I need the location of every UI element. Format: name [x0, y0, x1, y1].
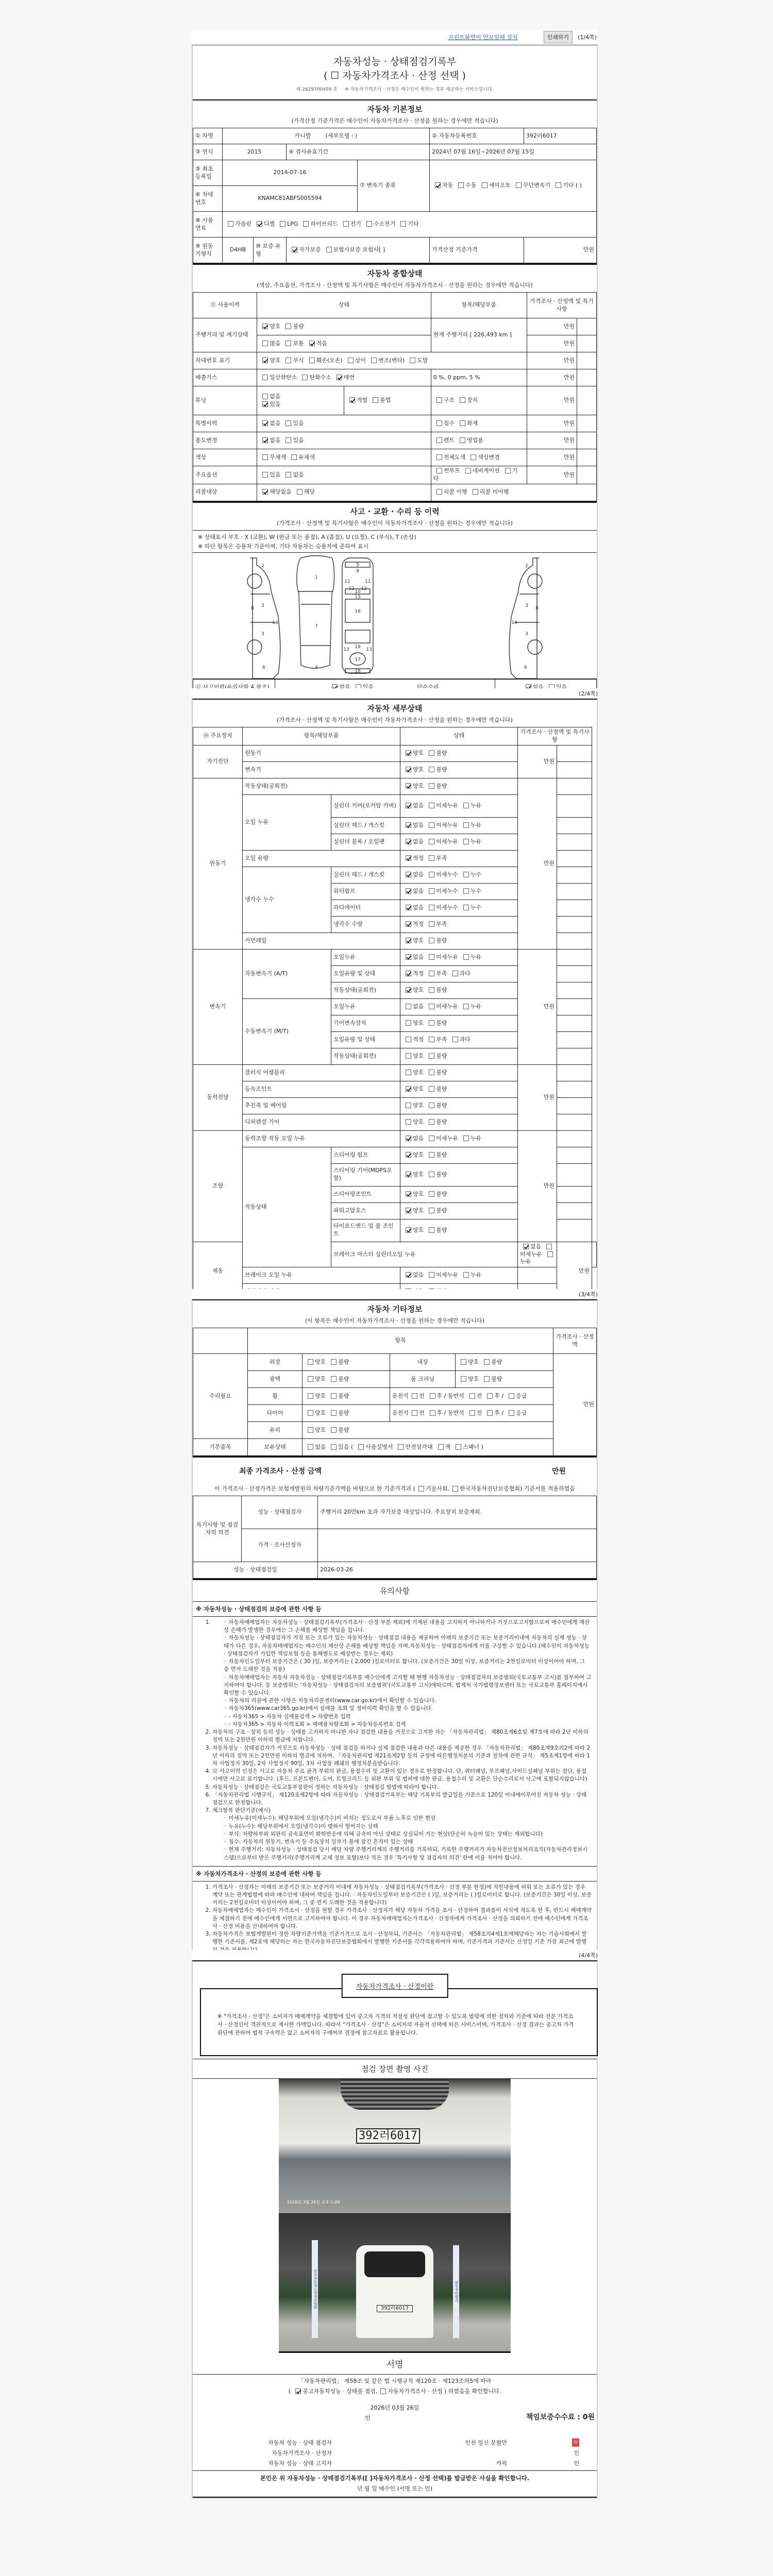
checkbox[interactable] — [436, 397, 442, 403]
page-3: (3/4쪽) 자동차 기타정보 (이 항목은 매수인이 자동차가격조사 · 산정… — [192, 1289, 598, 1967]
checkbox[interactable] — [297, 489, 303, 495]
option-label: 사용설명서 — [365, 1444, 393, 1450]
checkbox[interactable] — [406, 938, 411, 943]
checkbox[interactable] — [461, 1359, 466, 1365]
option-label: 안전삼각대 — [405, 1444, 432, 1450]
basic-info-subtitle: (가격산정 기준가격은 매수인이 자동차가격조사 · 산정을 원하는 경우에만 … — [193, 115, 597, 128]
option-label: 없음 — [413, 1135, 424, 1142]
cell-text: 오일누유 — [333, 954, 356, 960]
cell-text: 자동변속기 (A/T) — [245, 970, 288, 977]
cell-text: 광택 — [270, 1376, 280, 1382]
cell-text: 작동상태(공회전) — [245, 783, 288, 789]
checkbox[interactable] — [349, 397, 355, 403]
cell-text: 외장 — [270, 1359, 280, 1365]
option-label: 불량 — [491, 1359, 502, 1365]
checkbox[interactable] — [463, 888, 469, 894]
note-item: - 자동차365 > 자동차 실매물검색 > 차량번호 입력 — [224, 1713, 592, 1721]
price-info-section: 자동차가격조사 · 산정이란 ※ "가격조사 · 산정"은 소비자가 매매계약을… — [193, 1961, 597, 2059]
signature-role-row: 자동차 성능 · 상태 고지자 카픽 인 — [193, 2458, 597, 2468]
checkbox[interactable] — [484, 1376, 490, 1382]
checkbox[interactable] — [406, 1208, 411, 1213]
warranty-fee: 책임보증수수료 : 0원 — [526, 2412, 595, 2422]
checkbox[interactable] — [373, 397, 378, 403]
checkbox[interactable] — [460, 437, 465, 443]
checkbox[interactable] — [406, 1272, 411, 1278]
role-label: 자동차 성능 · 상태 점검자 — [193, 2438, 337, 2447]
checkbox[interactable] — [429, 855, 434, 861]
page-indicator-3: (3/4쪽) — [192, 1289, 598, 1299]
checkbox[interactable] — [358, 1444, 364, 1450]
option-label: 전체도색 — [444, 454, 466, 461]
cell-text: 추진축 및 베어링 — [245, 1102, 287, 1109]
option-label: 많음 — [270, 340, 280, 347]
checkbox[interactable] — [406, 1103, 411, 1108]
checkbox[interactable] — [309, 358, 315, 363]
checkbox[interactable] — [331, 1410, 337, 1416]
option-label: 양호 — [413, 1102, 424, 1109]
svg-text:14: 14 — [511, 620, 517, 625]
checkbox[interactable] — [406, 1020, 411, 1026]
svg-text:13: 13 — [366, 647, 372, 652]
option-label: 없음 — [293, 471, 304, 478]
checkbox[interactable] — [458, 182, 464, 188]
checkbox[interactable] — [406, 855, 411, 861]
checkbox[interactable] — [473, 489, 478, 495]
checkbox[interactable] — [429, 1103, 434, 1108]
other-info-subtitle: (이 항목은 매수인이 자동차가격조사 · 산정을 원하는 경우에만 적습니다) — [193, 1315, 597, 1328]
role-seal: 인 — [507, 2459, 579, 2467]
device-group: 제동 — [212, 1267, 223, 1274]
option-label: 미세누수 — [436, 888, 458, 894]
cell-text: 파워고압호스 — [333, 1207, 366, 1214]
print-setup-link[interactable]: 프린트화면이 안보일때 설치 — [448, 33, 518, 41]
option-label: 과다 — [460, 1036, 470, 1043]
cell-text: 보유상태 — [264, 1444, 286, 1450]
checkbox[interactable] — [469, 1410, 475, 1416]
checkbox[interactable] — [429, 803, 434, 808]
checkbox[interactable] — [429, 1119, 434, 1125]
checkbox[interactable] — [463, 839, 469, 844]
document-subtitle: ( ☐ 자동차가격조사 · 산정 선택 ) — [193, 69, 597, 83]
checkbox[interactable] — [429, 888, 434, 894]
checkbox[interactable] — [429, 905, 434, 910]
checkbox[interactable] — [546, 1244, 552, 1249]
cell-text: 만원 — [564, 340, 575, 347]
checkbox[interactable] — [406, 1070, 411, 1075]
svg-text:3: 3 — [525, 603, 528, 608]
checkbox[interactable] — [463, 872, 469, 877]
checkbox[interactable] — [418, 1486, 424, 1492]
checkbox[interactable] — [429, 1227, 434, 1233]
checkbox[interactable] — [484, 1359, 490, 1365]
checkbox[interactable] — [429, 1172, 434, 1177]
option-label: 불량 — [436, 1053, 447, 1059]
svg-text:16: 16 — [355, 609, 361, 614]
checkbox[interactable] — [406, 1191, 411, 1197]
lift-sign-right: 블루진단평가 — [453, 2245, 459, 2338]
option-label: 양호 — [413, 1171, 424, 1178]
option-label: 없음 — [413, 822, 424, 828]
option-label: 세미오토 — [489, 182, 511, 189]
checkbox[interactable] — [331, 1444, 337, 1450]
checkbox-price-check[interactable] — [380, 2388, 386, 2394]
cell-text: ⑩ 보증 유형 — [256, 243, 281, 257]
option-label: 있음 — [293, 420, 304, 427]
checkbox[interactable] — [262, 437, 268, 443]
notes-section-1-title: ※ 자동차성능 · 상태점검의 보증에 관한 사항 등 — [193, 1602, 597, 1617]
checkbox[interactable] — [406, 1227, 411, 1233]
option-label: 자가보증 — [299, 246, 321, 253]
checkbox[interactable] — [429, 938, 434, 943]
option-label: 스패너 ) — [463, 1444, 483, 1450]
option-label: 누수 — [470, 871, 481, 878]
cell-text: 유리 — [270, 1427, 280, 1433]
cell-text: 배출가스 — [195, 374, 217, 381]
checkbox[interactable] — [406, 1136, 411, 1141]
checkbox[interactable] — [331, 1427, 337, 1433]
checkbox[interactable] — [429, 872, 434, 877]
checkbox[interactable] — [262, 401, 268, 407]
checkbox[interactable] — [412, 1410, 417, 1416]
checkbox[interactable] — [262, 420, 268, 426]
note-item: 미세누유(미세누수): 해당부위에 오일(냉각수)이 비치는 정도로서 부품 노… — [224, 1815, 592, 1822]
note-item: 체크항목 판단기준(예시)미세누유(미세누수): 해당부위에 오일(냉각수)이 … — [212, 1807, 592, 1862]
note-item: 자동차성능 · 상태점검은 국토교통부장관이 정하는 자동차성능 · 상태점검 … — [212, 1784, 592, 1791]
cell-text: (세부모델 : ) — [326, 132, 358, 139]
signature-role-row: 자동차가격조사 · 산정자 인 — [193, 2448, 597, 2458]
cell-text: 냉각수 수량 — [333, 921, 363, 927]
svg-text:14: 14 — [272, 620, 278, 625]
checkbox[interactable] — [371, 358, 377, 363]
option-label: 응급 — [516, 1410, 527, 1416]
checkbox[interactable] — [460, 397, 465, 403]
checkbox[interactable] — [436, 454, 442, 460]
checkbox[interactable] — [406, 1053, 411, 1059]
checkbox[interactable] — [406, 987, 411, 993]
checkbox[interactable] — [285, 358, 291, 363]
inspector-opinion: 주행거리 20만km 초과 자가보증 대상입니다. 주요장치 보증제외. — [320, 1509, 482, 1515]
checkbox[interactable] — [509, 1393, 514, 1399]
checkbox[interactable] — [505, 468, 511, 473]
checkbox[interactable] — [262, 472, 268, 478]
checkbox[interactable] — [436, 468, 442, 473]
checkbox[interactable] — [406, 839, 411, 844]
checkbox[interactable] — [308, 1444, 313, 1450]
checkbox[interactable] — [262, 454, 268, 460]
checkbox[interactable] — [406, 971, 411, 976]
checkbox[interactable] — [429, 1086, 434, 1092]
checkbox[interactable] — [463, 954, 469, 960]
checkbox[interactable] — [406, 1086, 411, 1092]
overall-status-table: ⑪ 사용이력상태항목/해당부품가격조사 · 산정액 및 특기사항 주행거리 및 … — [193, 292, 597, 501]
cell-text: 차대번호 표기 — [195, 357, 230, 364]
checkbox[interactable] — [429, 1152, 434, 1158]
option-label: 불량 — [338, 1393, 349, 1399]
checkbox[interactable] — [429, 1272, 434, 1278]
checkbox[interactable] — [410, 358, 415, 363]
checkbox[interactable] — [429, 1004, 434, 1009]
checkbox[interactable] — [406, 803, 411, 808]
buyer-confirmation: 본인은 위 자동차성능 · 상태점검기록부([ ]자동차가격조사 · 산정 선택… — [193, 2470, 597, 2498]
checkbox[interactable] — [463, 1136, 469, 1141]
checkbox[interactable] — [337, 375, 342, 380]
checkbox[interactable] — [429, 971, 434, 976]
page-4: (4/4쪽) 자동차가격조사 · 산정이란 ※ "가격조사 · 산정"은 소비자… — [192, 1950, 598, 2499]
other-info-table: 항목가격조사 · 산정액 수리필요외장양호불량내장양호불량만원 광택양호불량룸 … — [193, 1328, 597, 1456]
checkbox[interactable] — [429, 839, 434, 844]
checkbox[interactable] — [452, 971, 458, 976]
checkbox[interactable] — [343, 221, 349, 227]
option-label: 없음 — [413, 838, 424, 845]
checkbox[interactable] — [406, 954, 411, 960]
cell-text: ⑨ 원동 기형식 — [195, 243, 213, 257]
cell-text: 커먼레일 — [245, 937, 267, 944]
svg-text:6: 6 — [524, 665, 527, 670]
option-label: 부족 — [436, 855, 447, 861]
note-item: ⑫ 사고이력 인정은 사고로 자동차 주요 골격 부위의 판금, 용접수리 및 … — [212, 1768, 592, 1783]
opinion-table: 특기사항 및 점검자의 의견성능 · 상태점검자주행거리 20만km 초과 자가… — [193, 1496, 597, 1579]
checkbox[interactable] — [406, 905, 411, 910]
basic-info-table: ① 차명카니발 (세부모델 : )② 자동차등록번호392러6017 ③ 연식2… — [193, 128, 597, 263]
checkbox[interactable] — [406, 1152, 411, 1158]
checkbox[interactable] — [436, 489, 442, 495]
checkbox[interactable] — [285, 420, 291, 426]
checkbox[interactable] — [262, 489, 268, 495]
checkbox[interactable] — [463, 1272, 469, 1278]
checkbox[interactable] — [348, 358, 354, 363]
checkbox[interactable] — [262, 324, 268, 329]
checkbox[interactable] — [429, 1208, 434, 1213]
checkbox[interactable] — [326, 247, 332, 252]
document-title: 자동차성능 · 상태점검기록부 — [193, 55, 597, 69]
cell-text: ⑥ 차대 번호 — [195, 191, 213, 206]
checkbox[interactable] — [429, 750, 434, 756]
checkbox[interactable] — [308, 1393, 313, 1399]
final-price-row: 최종 가격조사 · 산정 금액 만원 — [193, 1458, 597, 1484]
cell-text: 오일유량 및 상태 — [333, 970, 375, 977]
option-label: 없음 — [413, 871, 424, 878]
cell-text: 작동상태(공회전) — [333, 987, 376, 993]
checkbox[interactable] — [262, 394, 268, 399]
confirm-b: 자동차가격조사 · 산정 ) 하였음을 확인합니다. — [388, 2388, 501, 2395]
checkbox[interactable] — [262, 341, 268, 346]
role-name: 인천 일신 문팔만 — [337, 2438, 507, 2447]
checkbox[interactable] — [303, 221, 309, 227]
signature-date: 2026년 03월 26일 — [193, 2395, 597, 2414]
option-label: 불량 — [436, 1020, 447, 1026]
checkbox[interactable] — [406, 750, 411, 756]
print-button[interactable]: 인쇄하기 — [544, 31, 573, 43]
option-label: 양호 — [270, 323, 280, 330]
option-label: 기타 — [408, 221, 418, 227]
checkbox[interactable] — [228, 221, 233, 227]
option-label: 없음 — [530, 1243, 541, 1250]
checkbox[interactable] — [429, 954, 434, 960]
checkbox[interactable] — [430, 1393, 435, 1399]
option-label: 누유 — [470, 802, 481, 809]
checkbox[interactable] — [398, 1444, 404, 1450]
checkbox[interactable] — [436, 420, 442, 426]
role-label: 자동차가격조사 · 산정자 — [193, 2449, 337, 2457]
checkbox[interactable] — [429, 767, 434, 772]
checkbox[interactable] — [438, 1444, 444, 1450]
inspection-date: 2026-03-26 — [320, 1566, 353, 1573]
cell-text: 만원 — [583, 246, 594, 253]
checkbox[interactable] — [406, 921, 411, 927]
checkbox[interactable] — [523, 1244, 529, 1249]
option-label: 네비게이션 — [473, 467, 500, 474]
checkbox[interactable] — [292, 247, 297, 252]
note-item: 자동차매매업자는 매수인이 가격조사 · 산정을 원할 경우 가격조사 · 산정… — [212, 1907, 592, 1930]
checkbox-used-car-check[interactable] — [295, 2388, 301, 2394]
cell-text: 오일 유량 — [245, 855, 268, 861]
checkbox[interactable] — [308, 1427, 313, 1433]
option-label: 적정 — [413, 855, 424, 861]
checkbox[interactable] — [429, 987, 434, 993]
option-label: 양호 — [315, 1427, 326, 1433]
cell-text: ⑪ 사용이력 — [210, 301, 240, 308]
cell-text: 오일유량 및 상태 — [333, 1036, 375, 1043]
checkbox[interactable] — [331, 1376, 337, 1382]
checkbox[interactable] — [308, 1359, 313, 1365]
checkbox[interactable] — [285, 437, 291, 443]
svg-text:12: 12 — [348, 586, 354, 591]
checkbox[interactable] — [463, 803, 469, 808]
checkbox[interactable] — [331, 1393, 337, 1399]
model-year: 2015 — [247, 148, 262, 155]
cell-text: 주행거리 및 계기상태 — [195, 331, 248, 338]
basic-info-title: 자동차 기본정보 — [193, 100, 597, 115]
checkbox[interactable] — [429, 783, 434, 789]
checkbox[interactable] — [429, 1020, 434, 1026]
checkbox[interactable] — [429, 1037, 434, 1042]
option-label: 양호 — [413, 1053, 424, 1059]
option-label: 부식 — [293, 357, 304, 364]
checkbox[interactable] — [430, 1410, 435, 1416]
cell-text: 타이로드엔드 및 볼 조인트 — [333, 1223, 394, 1237]
checkbox[interactable] — [460, 420, 465, 426]
checkbox[interactable] — [406, 822, 411, 828]
checkbox[interactable] — [435, 182, 441, 188]
checkbox[interactable] — [285, 472, 291, 478]
checkbox[interactable] — [469, 1393, 475, 1399]
checkbox[interactable] — [429, 1053, 434, 1059]
option-label: 불량 — [436, 1227, 447, 1233]
first-registration: 2014-07-16 — [274, 169, 307, 176]
checkbox[interactable] — [429, 1191, 434, 1197]
checkbox[interactable] — [487, 1410, 493, 1416]
checkbox[interactable] — [406, 1119, 411, 1125]
checkbox[interactable] — [406, 783, 411, 789]
detail-status-title: 자동차 세부상태 — [193, 700, 597, 715]
checkbox[interactable] — [547, 1251, 553, 1257]
option-label: 불량 — [293, 323, 304, 330]
checkbox[interactable] — [280, 221, 285, 227]
checkbox[interactable] — [516, 182, 522, 188]
cell-text: 작동상태 — [245, 1204, 267, 1210]
checkbox[interactable] — [406, 888, 411, 894]
cell-text: 기본품목 — [209, 1444, 231, 1450]
front-photo: 392러6017 2026년 3월 26일 오후 1:09 — [279, 2079, 511, 2214]
checkbox[interactable] — [452, 1037, 458, 1042]
checkbox[interactable] — [452, 1486, 458, 1492]
checkbox[interactable] — [302, 375, 308, 380]
option-label: 매연 — [344, 374, 355, 381]
checkbox[interactable] — [429, 1136, 434, 1141]
option-label: 해당없음 — [270, 488, 292, 495]
role-seal: 印 — [507, 2438, 579, 2447]
cell-text: 상태 — [453, 732, 464, 739]
cell-text: 성능 · 상태점검자 — [258, 1509, 301, 1515]
option-label: 불량 — [436, 1151, 447, 1158]
cell-text: 만원 — [544, 1094, 554, 1100]
checkbox[interactable] — [429, 921, 434, 927]
checkbox[interactable] — [406, 872, 411, 877]
checkbox[interactable] — [429, 822, 434, 828]
option-label: 양호 — [315, 1359, 326, 1365]
checkbox[interactable] — [308, 1376, 313, 1382]
checkbox[interactable] — [556, 182, 561, 188]
checkbox[interactable] — [257, 221, 262, 227]
cell-text: ⑭ 주요장치 — [203, 732, 232, 739]
detail-status-subtitle: (가격조사 · 산정액 및 특기사항은 매수인이 자동차가격조사 · 산정을 원… — [193, 715, 597, 727]
confirm-line: ( 중고자동차성능 · 상태를 점검,자동차가격조사 · 산정 ) 하였음을 확… — [193, 2387, 597, 2395]
checkbox[interactable] — [262, 375, 268, 380]
cell-text: 특기사항 및 점검자의 의견 — [196, 1521, 238, 1536]
current-mileage: 현재 주행거리 [ 226,493 km ] — [433, 331, 512, 338]
checkbox[interactable] — [291, 454, 297, 460]
notes-title: 유의사항 — [193, 1580, 597, 1602]
checkbox[interactable] — [406, 767, 411, 772]
checkbox[interactable] — [509, 1410, 514, 1416]
option-label: 누유 — [520, 1258, 531, 1265]
page-indicator-2: (2/4쪽) — [192, 688, 598, 699]
svg-text:8: 8 — [535, 606, 539, 611]
checkbox[interactable] — [285, 341, 291, 346]
option-label: 후 / — [494, 1410, 503, 1416]
checkbox[interactable] — [463, 905, 469, 910]
cell-text: 타이어 — [267, 1410, 283, 1416]
checkbox[interactable] — [400, 221, 406, 227]
cell-text: 만원 — [544, 758, 554, 765]
cell-text: 가격조사 · 산정액 및 특기사항 — [530, 298, 594, 312]
checkbox[interactable] — [262, 358, 268, 363]
checkbox[interactable] — [461, 1376, 466, 1382]
checkbox[interactable] — [308, 1410, 313, 1416]
device-group: 원동기 — [210, 860, 226, 867]
option-label: 유채색 — [298, 454, 315, 461]
page-indicator: (1/4쪽) — [578, 33, 597, 41]
option-label: 색상변경 — [478, 454, 500, 461]
checkbox[interactable] — [470, 454, 476, 460]
checkbox[interactable] — [463, 1004, 469, 1009]
checkbox[interactable] — [487, 1393, 493, 1399]
checkbox[interactable] — [285, 324, 291, 329]
checkbox[interactable] — [429, 1070, 434, 1075]
checkbox[interactable] — [406, 1172, 411, 1177]
checkbox[interactable] — [406, 1004, 411, 1009]
checkbox[interactable] — [482, 182, 488, 188]
checkbox[interactable] — [463, 822, 469, 828]
checkbox[interactable] — [436, 437, 442, 443]
checkbox[interactable] — [331, 1359, 337, 1365]
checkbox[interactable] — [366, 221, 372, 227]
checkbox[interactable] — [406, 1037, 411, 1042]
checkbox[interactable] — [465, 468, 471, 473]
checkbox[interactable] — [412, 1393, 417, 1399]
checkbox[interactable] — [309, 341, 315, 346]
checkbox[interactable] — [456, 1444, 461, 1450]
